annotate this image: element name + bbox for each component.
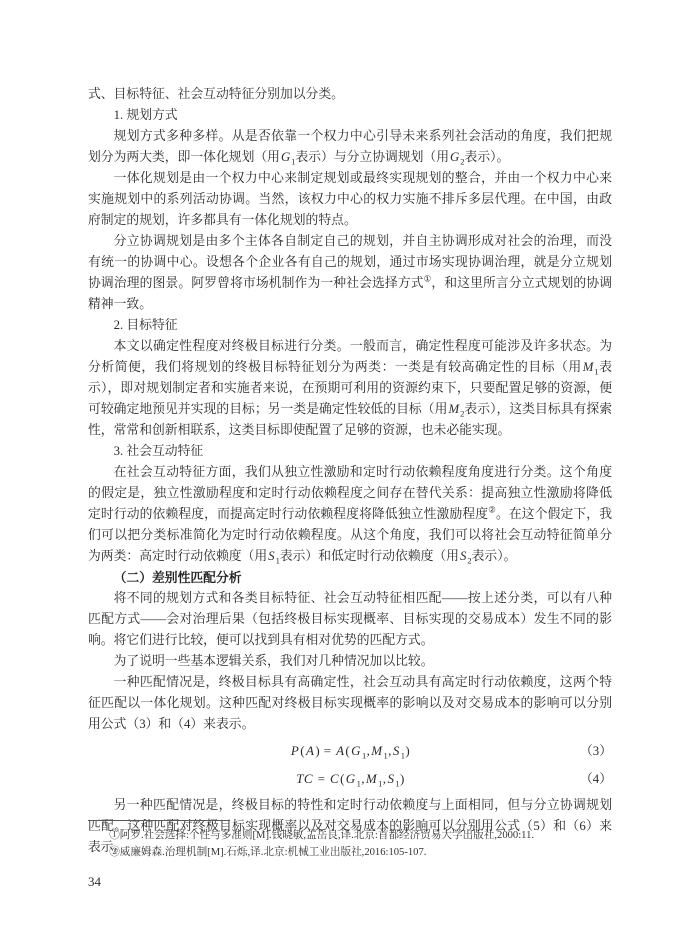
section-subheading: 2. 目标特征 <box>88 315 612 336</box>
formula-number: （3） <box>580 739 612 763</box>
math-variable: M <box>582 360 595 374</box>
paragraph: 式、目标特征、社会互动特征分别加以分类。 <box>88 84 612 105</box>
math-variable: A <box>335 743 345 758</box>
subscript: 2 <box>460 409 464 419</box>
section-heading: （二）差别性匹配分析 <box>88 567 612 588</box>
section-subheading: 1. 规划方式 <box>88 105 612 126</box>
math-variable: TC <box>295 771 314 786</box>
subscript: 1 <box>378 779 383 789</box>
document-body: 式、目标特征、社会互动特征分别加以分类。1. 规划方式规划方式多种多样。从是否依… <box>88 84 612 858</box>
math-variable: G <box>350 743 362 758</box>
paragraph: 在社会互动特征方面，我们从独立性激励和定时行动依赖程度角度进行分类。这个角度的假… <box>88 462 612 567</box>
subscript: 1 <box>357 779 362 789</box>
subscript: 1 <box>395 779 400 789</box>
math-variable: G <box>280 150 291 164</box>
footnote-reference: ① <box>424 274 432 284</box>
paragraph: 一种匹配情况是，终极目标具有高确定性，社会互动具有高定时行动依赖度，这两个特征匹… <box>88 672 612 735</box>
math-variable: P <box>290 743 300 758</box>
math-variable: M <box>365 771 378 786</box>
math-variable: S <box>267 549 275 563</box>
paragraph: 将不同的规划方式和各类目标特征、社会互动特征相匹配——按上述分类，可以有八种匹配… <box>88 588 612 651</box>
formula: P(A) = A(G1,M1,S1) <box>290 743 410 758</box>
subscript: 1 <box>401 751 406 761</box>
math-variable: C <box>329 771 340 786</box>
math-variable: G <box>449 150 460 164</box>
paragraph: 规划方式多种多样。从是否依靠一个权力中心引导未来系列社会活动的角度，我们把规划分… <box>88 126 612 168</box>
formula: TC = C(G1,M1,S1) <box>295 771 405 786</box>
subscript: 1 <box>291 157 295 167</box>
paragraph: 本文以确定性程度对终极目标进行分类。一般而言，确定性程度可能涉及许多状态。为分析… <box>88 336 612 441</box>
formula-row: TC = C(G1,M1,S1)（4） <box>88 767 612 791</box>
footnote-divider <box>88 820 230 821</box>
subscript: 2 <box>467 556 471 566</box>
subscript: 1 <box>384 751 389 761</box>
math-variable: M <box>447 402 460 416</box>
paragraph: 为了说明一些基本逻辑关系，我们对几种情况加以比较。 <box>88 651 612 672</box>
footnote: ②威廉姆森.治理机制[M].石烁,译.北京:机械工业出版社,2016:105-1… <box>88 845 612 862</box>
subscript: 1 <box>276 556 280 566</box>
math-variable: M <box>370 743 383 758</box>
document-page: 式、目标特征、社会互动特征分别加以分类。1. 规划方式规划方式多种多样。从是否依… <box>0 0 700 943</box>
subscript: 2 <box>460 157 464 167</box>
math-variable: G <box>345 771 357 786</box>
page-number: 34 <box>88 874 101 890</box>
formula-number: （4） <box>580 767 612 791</box>
section-subheading: 3. 社会互动特征 <box>88 441 612 462</box>
paragraph: 分立协调规划是由多个主体各自制定自己的规划，并自主协调形成对社会的治理，而没有统… <box>88 231 612 315</box>
subscript: 1 <box>594 367 598 377</box>
subscript: 1 <box>362 751 367 761</box>
math-variable: S <box>392 743 401 758</box>
math-variable: A <box>305 743 315 758</box>
footnote: ①阿罗.社会选择:个性与多准则[M].钱晓敏,孟岳良,译.北京:首都经济贸易大学… <box>88 828 612 845</box>
formula-row: P(A) = A(G1,M1,S1)（3） <box>88 739 612 763</box>
footnotes: ①阿罗.社会选择:个性与多准则[M].钱晓敏,孟岳良,译.北京:首都经济贸易大学… <box>88 828 612 861</box>
footnote-area: ①阿罗.社会选择:个性与多准则[M].钱晓敏,孟岳良,译.北京:首都经济贸易大学… <box>88 820 612 861</box>
paragraph: 一体化规划是由一个权力中心来制定规划或最终实现规划的整合，并由一个权力中心来实施… <box>88 168 612 231</box>
footnote-reference: ② <box>488 505 496 515</box>
